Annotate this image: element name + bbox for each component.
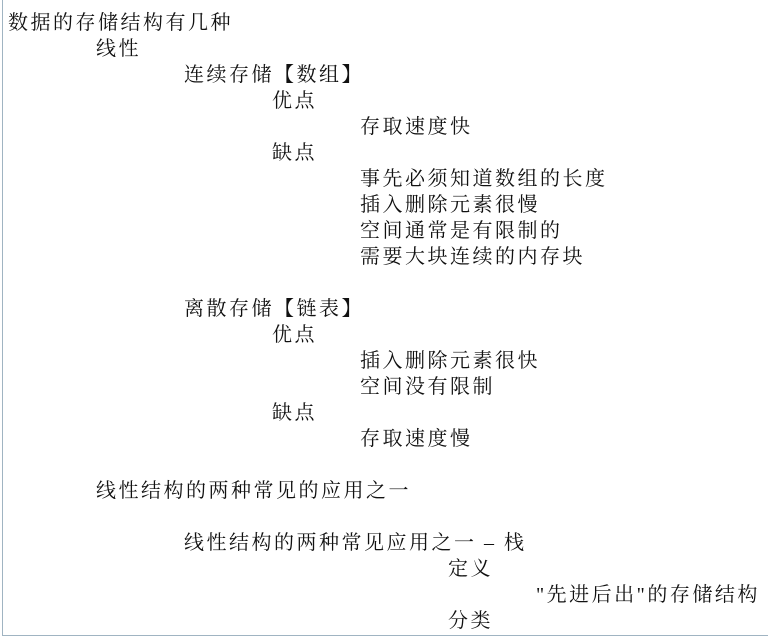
outline-item: 离散存储【链表】	[184, 296, 768, 322]
outline-item: 线性结构的两种常见应用之一 – 栈	[184, 530, 768, 556]
outline-item: 定义	[448, 556, 768, 582]
outline-item: 事先必须知道数组的长度	[360, 166, 768, 192]
outline-item: 分类	[448, 608, 768, 634]
outline-item: 缺点	[272, 140, 768, 166]
outline-item: 需要大块连续的内存块	[360, 244, 768, 270]
outline-item: 线性	[96, 36, 768, 62]
outline-item: 线性结构的两种常见的应用之一	[96, 478, 768, 504]
outline-item: "先进后出"的存储结构	[536, 582, 768, 608]
outline-item: 存取速度快	[360, 114, 768, 140]
outline-item: 存取速度慢	[360, 426, 768, 452]
outline: 数据的存储结构有几种线性连续存储【数组】优点存取速度快缺点事先必须知道数组的长度…	[3, 0, 768, 634]
outline-item: 优点	[272, 88, 768, 114]
document-pane: 数据的存储结构有几种线性连续存储【数组】优点存取速度快缺点事先必须知道数组的长度…	[2, 0, 768, 636]
outline-item: 数据的存储结构有几种	[8, 10, 768, 36]
outline-item: 插入删除元素很慢	[360, 192, 768, 218]
outline-item: 空间没有限制	[360, 374, 768, 400]
outline-item: 缺点	[272, 400, 768, 426]
outline-item: 连续存储【数组】	[184, 62, 768, 88]
outline-item: 插入删除元素很快	[360, 348, 768, 374]
outline-item: 空间通常是有限制的	[360, 218, 768, 244]
outline-item: 优点	[272, 322, 768, 348]
